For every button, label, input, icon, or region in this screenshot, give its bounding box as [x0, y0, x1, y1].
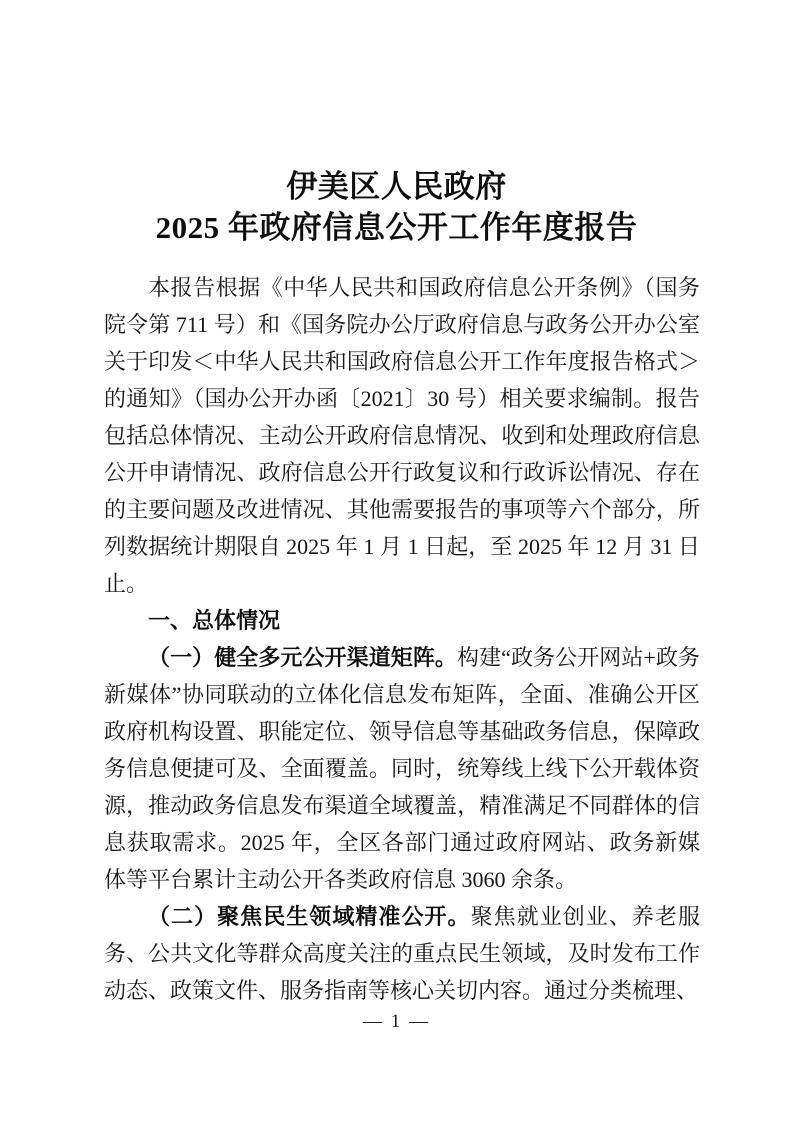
document-title: 伊美区人民政府 2025 年政府信息公开工作年度报告 [0, 166, 793, 248]
intro-paragraph: 本报告根据《中华人民共和国政府信息公开条例》（国务院令第 711 号）和《国务院… [104, 269, 700, 602]
paragraph-text: 构建“政务公开网站+政务新媒体”协同联动的立体化信息发布矩阵，全面、准确公开区政… [104, 645, 700, 892]
page-number: — 1 — [0, 1008, 793, 1036]
paragraph-channel-matrix: （一）健全多元公开渠道矩阵。构建“政务公开网站+政务新媒体”协同联动的立体化信息… [104, 639, 700, 898]
document-body: 本报告根据《中华人民共和国政府信息公开条例》（国务院令第 711 号）和《国务院… [104, 269, 700, 1009]
document-title-line-2: 2025 年政府信息公开工作年度报告 [0, 207, 793, 248]
paragraph-livelihood-disclosure: （二）聚焦民生领域精准公开。聚焦就业创业、养老服务、公共文化等群众高度关注的重点… [104, 898, 700, 1009]
paragraph-lead: （二）聚焦民生领域精准公开。 [148, 904, 471, 929]
section-heading-overview: 一、总体情况 [104, 602, 700, 639]
document-page: 伊美区人民政府 2025 年政府信息公开工作年度报告 本报告根据《中华人民共和国… [0, 0, 793, 1122]
document-title-line-1: 伊美区人民政府 [0, 166, 793, 207]
paragraph-lead: （一）健全多元公开渠道矩阵。 [148, 645, 457, 670]
